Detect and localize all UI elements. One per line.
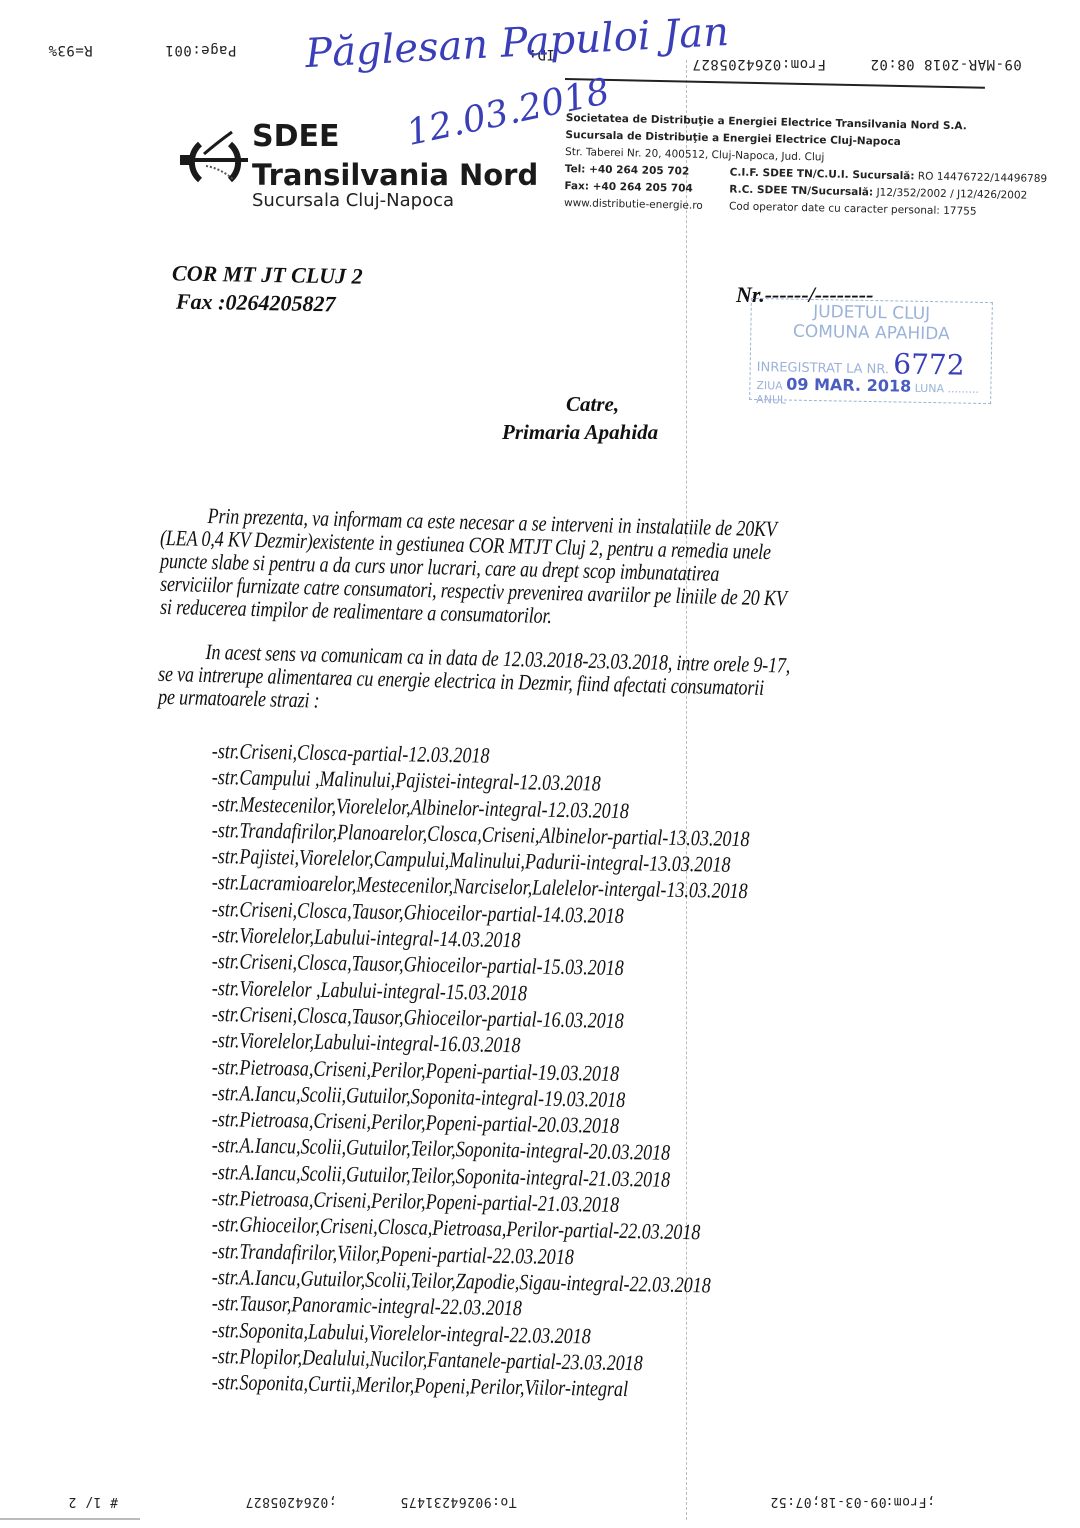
sender-name: COR MT JT CLUJ 2 (172, 260, 363, 289)
company-website[interactable]: www.distributie-energie.ro (564, 195, 729, 215)
fax-footer-datetime: 09-03-18;07:52 (770, 1494, 887, 1509)
logo-sucursala: Sucursala Cluj-Napoca (252, 190, 454, 211)
handwritten-name: Păglesan Papuloi Jan (304, 9, 730, 77)
body-paragraph-1: Prin prezenta, va informam ca este neces… (160, 514, 1029, 628)
registration-stamp: JUDETUL CLUJ COMUNA APAHIDA INREGISTRAT … (749, 298, 993, 404)
fax-footer-to: To:90264231475 (400, 1494, 517, 1509)
footer-rule (0, 1518, 140, 1520)
fax-header-page: Page:001 (165, 42, 236, 58)
cif-label: C.I.F. SDEE TN/C.U.I. Sucursală: (730, 166, 915, 182)
rc-label: R.C. SDEE TN/Sucursală: (729, 183, 873, 198)
recipient-name: Primaria Apahida (502, 420, 658, 445)
affected-streets-list: -str.Criseni,Closca-partial-12.03.2018-s… (212, 738, 868, 1395)
body-paragraph-2: In acest sens va comunicam ca in data de… (158, 650, 1027, 718)
stamp-day-label: ZIUA (756, 379, 783, 392)
fax-header-datetime: 09-MAR-2018 08:02 (870, 56, 1022, 72)
fax-footer-number: ;0264205827 (245, 1494, 337, 1509)
cif-value: RO 14476722/14496789 (918, 170, 1048, 185)
fax-header-from: From:0264205827 (692, 56, 826, 72)
stamp-date: 09 MAR. 2018 (786, 375, 911, 396)
header-rule (565, 78, 985, 89)
logo-transilvania-nord: Transilvania Nord (252, 160, 538, 190)
sender-fax: Fax :0264205827 (176, 289, 336, 318)
logo-sdee: SDEE (252, 122, 340, 152)
fax-footer-page: # 1/ 2 (68, 1494, 118, 1509)
stamp-commune: COMUNA APAHIDA (751, 321, 991, 345)
fax-header-resolution: R=93% (48, 42, 93, 58)
rc-value: J12/352/2002 / J12/426/2002 (876, 187, 1027, 202)
company-info: Societatea de Distribuţie a Energiei Ele… (564, 110, 1080, 223)
recipient-salutation: Catre, (566, 392, 619, 417)
fax-footer-from: ;From: (885, 1494, 935, 1509)
sdee-logo-icon (178, 124, 250, 196)
